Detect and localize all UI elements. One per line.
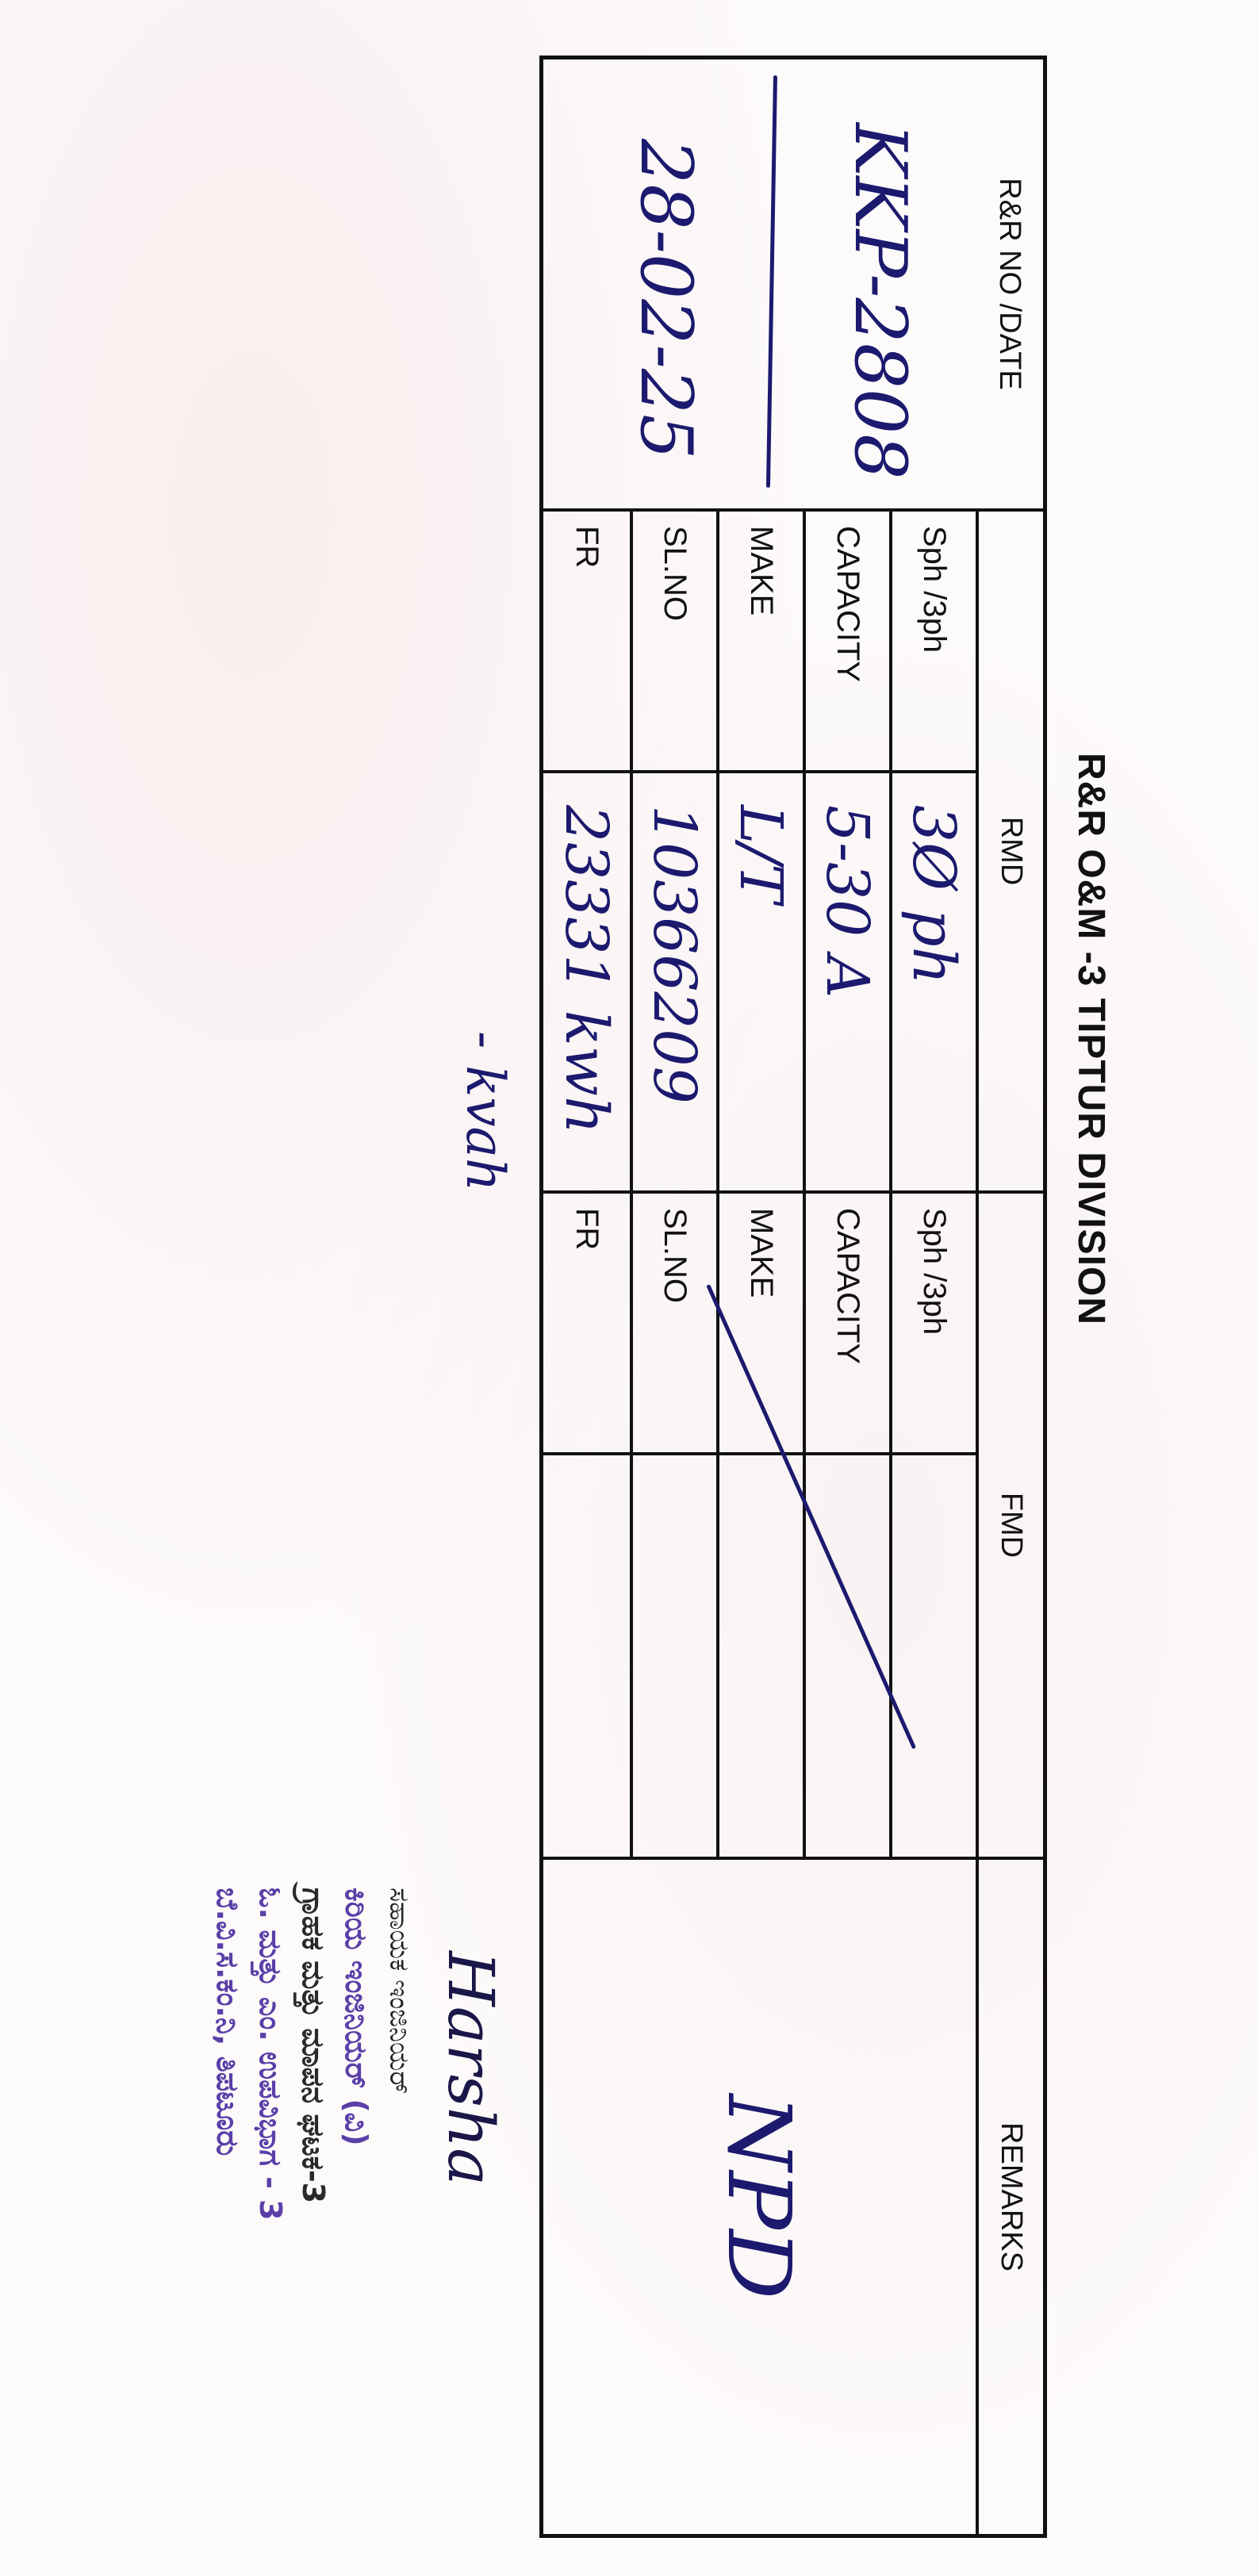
header-remarks: REMARKS — [976, 1860, 1043, 2534]
rr-number: KKP-2808 — [801, 91, 960, 480]
rmd-label-make: MAKE — [716, 512, 803, 773]
rr-cell: KKP-2808 28-02-25 — [543, 59, 976, 512]
remarks-value: NPD — [543, 1860, 976, 2534]
stamp-line-5: ಬೆ.ವಿ.ಸ.ಕಂ.ನಿ, ತಿಪಟೂರು — [206, 1888, 249, 2221]
fmd-label-slno: SL.NO — [630, 1194, 716, 1455]
fmd-label-fr: FR — [543, 1194, 630, 1455]
rmd-value-fr: 23331 kwh — [543, 773, 630, 1194]
signature-block: Harsha ಸಹಾಯಕ ಇಂಜಿನಿಯರ್ ಕಿರಿಯ ಇಂಜಿನಿಯರ್ (… — [63, 1856, 508, 2554]
header-fmd: FMD — [976, 1194, 1043, 1860]
stamp-line-3: ಗ್ರಾಹಕ ಮತ್ತು ಮಾಪನ ಘಟಕ-3 — [292, 1888, 335, 2221]
fmd-label-make: MAKE — [716, 1194, 803, 1455]
rmd-label-capacity: CAPACITY — [803, 512, 889, 773]
official-stamp: ಸಹಾಯಕ ಇಂಜಿನಿಯರ್ ಕಿರಿಯ ಇಂಜಿನಿಯರ್ (ವಿ) ಗ್ರ… — [206, 1888, 420, 2221]
form-table: R&R NO /DATE RMD FMD REMARKS KKP-2808 28… — [539, 56, 1047, 2538]
fmd-value-fr — [543, 1455, 630, 1860]
rmd-value-make: L/T — [716, 773, 803, 1194]
rmd-value-slno: 10366209 — [630, 773, 716, 1194]
form-title: R&R O&M -3 TIPTUR DIVISION — [1055, 48, 1126, 2030]
rr-form: R&R O&M -3 TIPTUR DIVISION R&R NO /DATE … — [524, 48, 1126, 2554]
rr-date: 28-02-25 — [587, 107, 746, 459]
fmd-value-slno — [630, 1455, 716, 1860]
rmd-value-sph: 3Ø ph — [889, 773, 976, 1194]
kvah-annotation: - kvah — [454, 1031, 516, 1191]
rmd-value-capacity: 5-30 A — [803, 773, 889, 1194]
stamp-line-2: ಕಿರಿಯ ಇಂಜಿನಿಯರ್ (ವಿ) — [335, 1888, 378, 2221]
stamp-line-1: ಸಹಾಯಕ ಇಂಜಿನಿಯರ್ — [378, 1888, 420, 2221]
rmd-label-sph: Sph /3ph — [889, 512, 976, 773]
signature: Harsha — [434, 1951, 508, 2186]
rr-divider-stroke — [766, 75, 777, 488]
stamp-line-4: ಓ. ಮತ್ತು ಎಂ. ಉಪವಿಭಾಗ - 3 — [249, 1888, 292, 2221]
header-rmd: RMD — [976, 512, 1043, 1194]
fmd-label-capacity: CAPACITY — [803, 1194, 889, 1455]
rmd-label-slno: SL.NO — [630, 512, 716, 773]
rmd-label-fr: FR — [543, 512, 630, 773]
fmd-label-sph: Sph /3ph — [889, 1194, 976, 1455]
fmd-value-make — [716, 1455, 803, 1860]
fmd-value-sph — [889, 1455, 976, 1860]
header-rr-no-date: R&R NO /DATE — [976, 59, 1043, 512]
